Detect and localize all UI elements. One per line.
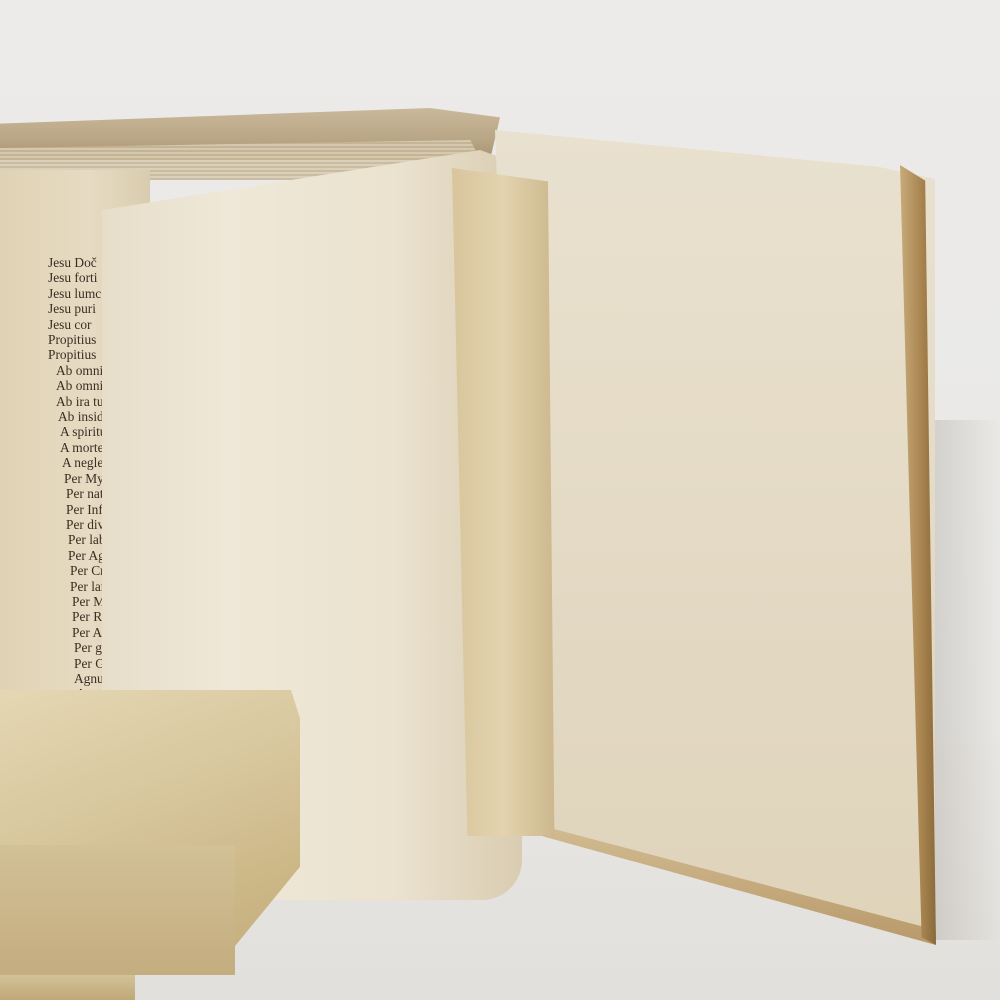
- inside-cover: [495, 130, 935, 945]
- front-book-side: [0, 845, 235, 975]
- cover-shadow: [925, 420, 1000, 940]
- photo-scene: Jesu Doč Jesu forti Jesu lumc Jesu puri …: [0, 0, 1000, 1000]
- bottom-book: [0, 975, 135, 1000]
